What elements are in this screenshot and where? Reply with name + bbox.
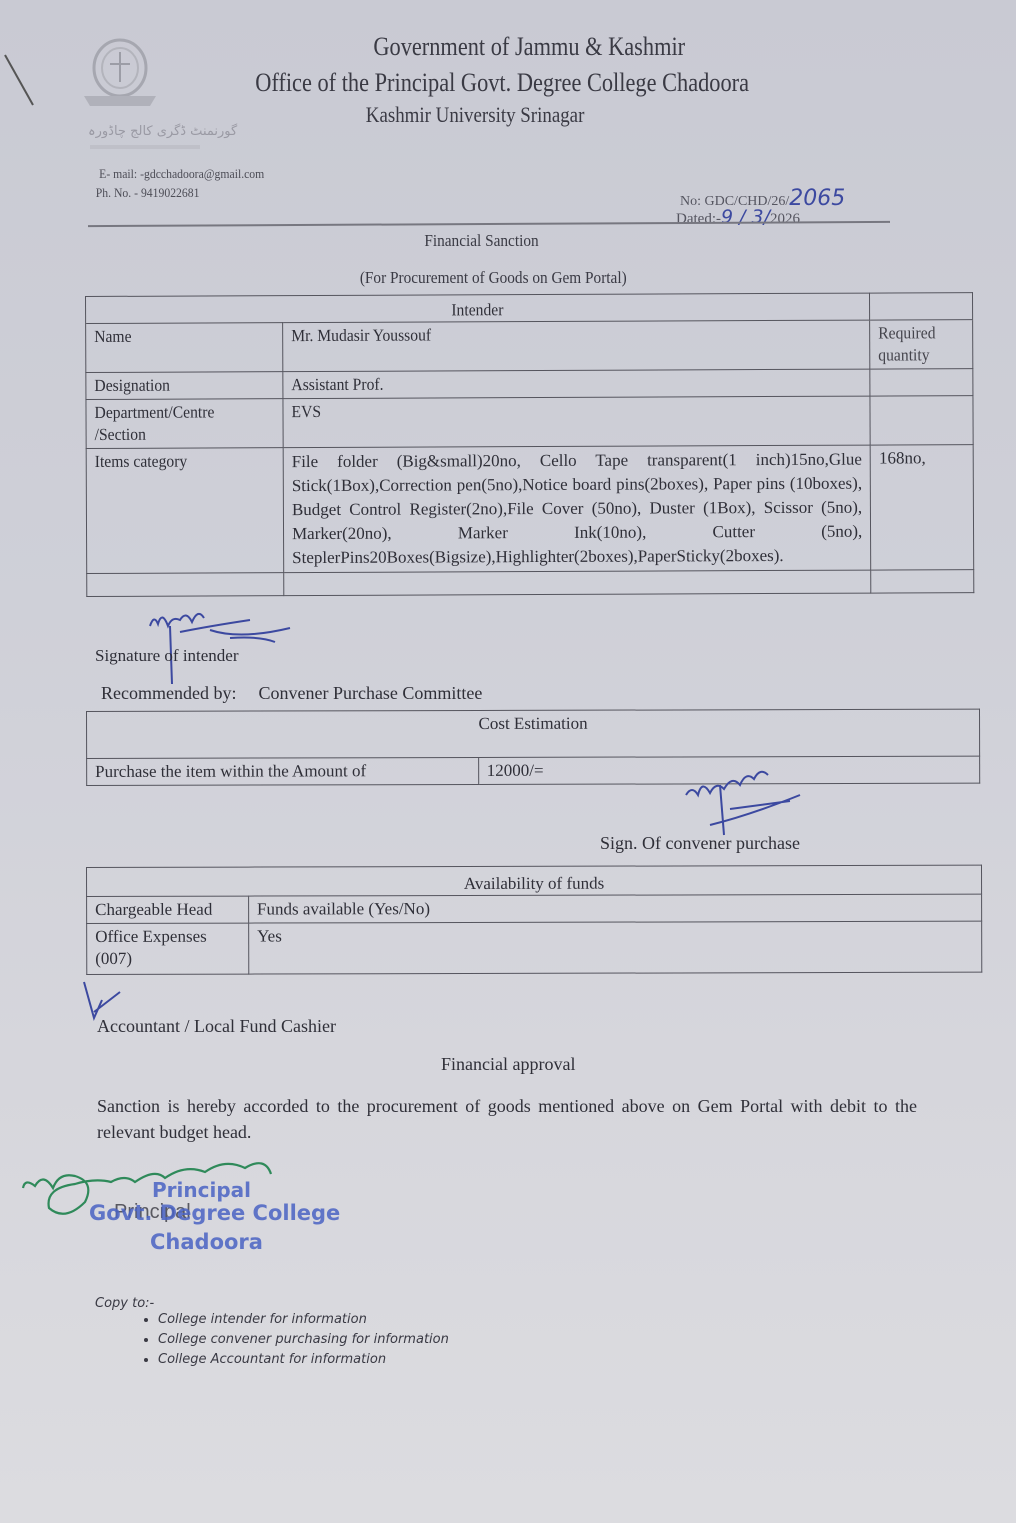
pen-stroke-mark <box>0 50 40 110</box>
convener-signature-label: Sign. Of convener purchase <box>600 833 800 854</box>
college-emblem-icon <box>80 36 166 110</box>
date-year: 2026 <box>770 211 800 227</box>
intender-table: Intender Name Mr. Mudasir Youssouf Requi… <box>85 292 974 597</box>
table-row: Department/Centre /Section EVS <box>86 396 973 449</box>
principal-signature <box>15 1148 285 1228</box>
copy-to-list: College intender for information College… <box>112 1310 449 1370</box>
table-row <box>87 570 974 597</box>
date-label: Dated:- <box>676 211 721 227</box>
row-label: Name <box>86 323 283 373</box>
funds-availability-table: Availability of funds Chargeable Head Fu… <box>86 865 982 975</box>
cost-estimation-table: Cost Estimation Purchase the item within… <box>86 709 980 786</box>
intender-department: EVS <box>283 396 870 448</box>
financial-approval-heading: Financial approval <box>441 1054 575 1075</box>
row-label: Items category <box>86 448 284 574</box>
letterhead-office: Office of the Principal Govt. Degree Col… <box>255 68 749 98</box>
letterhead-phone: Ph. No. - 9419022681 <box>96 185 200 201</box>
intender-header: Intender <box>86 293 870 323</box>
list-item: College convener purchasing for informat… <box>158 1330 449 1350</box>
sanction-text: Sanction is hereby accorded to the procu… <box>97 1093 917 1145</box>
row-label: Designation <box>86 372 283 400</box>
table-row: Designation Assistant Prof. <box>86 369 973 400</box>
accountant-label: Accountant / Local Fund Cashier <box>97 1016 336 1037</box>
chargeable-head-value: Office Expenses (007) <box>87 923 249 974</box>
list-item: College intender for information <box>158 1310 449 1330</box>
row-label: Department/Centre /Section <box>86 399 283 449</box>
letterhead-faded-line <box>90 145 200 149</box>
recommended-label: Recommended by: <box>101 683 236 703</box>
intender-designation: Assistant Prof. <box>283 369 870 399</box>
copy-to-label: Copy to:- <box>95 1296 154 1311</box>
items-quantity: 168no, <box>870 445 973 570</box>
letterhead-urdu-name: گورنمنٹ ڈگری کالج چاڈورہ <box>88 124 237 139</box>
chargeable-head-header: Chargeable Head <box>87 896 249 923</box>
document-title: Financial Sanction <box>424 231 538 251</box>
reference-date: Dated:-9 / 3/2026 <box>676 206 800 228</box>
letterhead-government: Government of Jammu & Kashmir <box>373 32 685 62</box>
funds-available-value: Yes <box>249 921 982 974</box>
letterhead-university: Kashmir University Srinagar <box>366 102 585 128</box>
intender-signature-label: Signature of intender <box>95 646 239 666</box>
funds-header: Availability of funds <box>87 865 982 896</box>
recommended-by: Recommended by:Convener Purchase Committ… <box>101 683 482 704</box>
document-subtitle: (For Procurement of Goods on Gem Portal) <box>360 268 627 288</box>
stamp-line-location: Chadoora <box>150 1230 263 1254</box>
required-quantity-header: Required quantity <box>870 320 973 369</box>
items-list: File folder (Big&small)20no, Cello Tape … <box>283 445 871 573</box>
date-handwritten: 9 / 3/ <box>721 206 770 228</box>
list-item: College Accountant for information <box>158 1350 449 1370</box>
intender-name: Mr. Mudasir Youssouf <box>283 320 870 372</box>
amount-label: Purchase the item within the Amount of <box>87 757 479 785</box>
funds-available-header: Funds available (Yes/No) <box>248 894 981 923</box>
recommended-value: Convener Purchase Committee <box>258 683 482 703</box>
letterhead-email: E- mail: -gdcchadoora@gmail.com <box>99 166 264 182</box>
cost-estimation-header: Cost Estimation <box>87 709 980 758</box>
table-row: Items category File folder (Big&small)20… <box>86 445 974 574</box>
table-row: Name Mr. Mudasir Youssouf Required quant… <box>86 320 973 373</box>
